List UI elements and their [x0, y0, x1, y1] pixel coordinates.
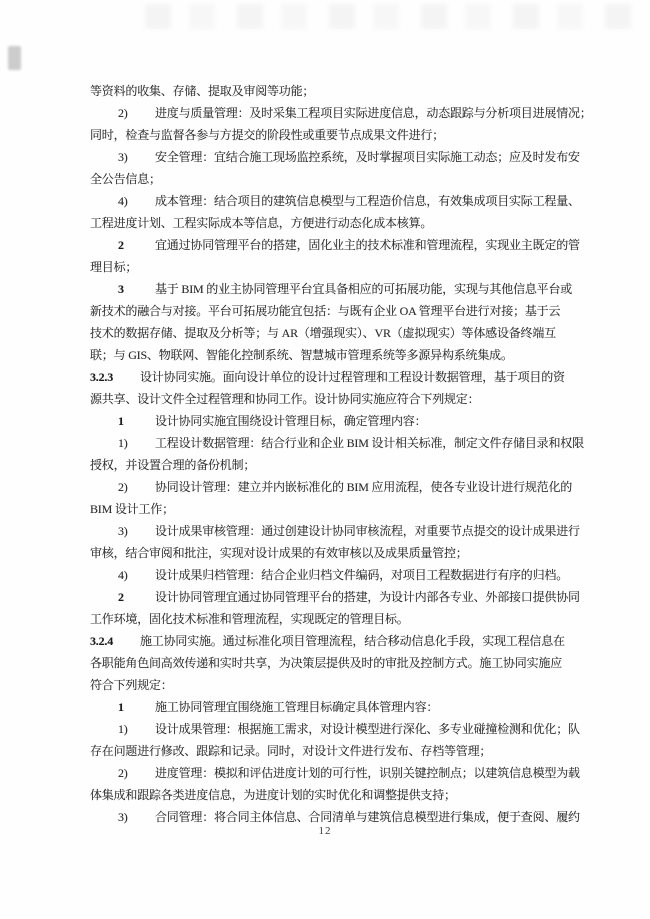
text-line: 联；与 GIS、物联网、智能化控制系统、智慧城市管理系统等多源异构系统集成。: [90, 344, 570, 366]
clause-number: 1): [118, 432, 155, 454]
line-text: 施工协同实施。通过标准化项目管理流程，结合移动信息化手段，实现工程信息在: [140, 634, 565, 648]
document-body: 等资料的收集、存储、提取及审阅等功能；2)进度与质量管理：及时采集工程项目实际进…: [90, 80, 570, 828]
section-number: 3.2.3: [90, 366, 140, 388]
clause-number: 3: [118, 278, 155, 300]
line-text: 设计协同实施宜围绕设计管理目标，确定管理内容：: [155, 414, 426, 428]
text-line: 2)进度管理：模拟和评估进度计划的可行性，识别关键控制点；以建筑信息模型为载: [118, 762, 570, 784]
page-number: 12: [0, 825, 650, 837]
clause-number: 2): [118, 476, 155, 498]
text-line: 3)安全管理：宜结合施工现场监控系统，及时掌握项目实际施工动态；应及时发布安: [118, 146, 570, 168]
line-text: 设计成果归档管理：结合企业归档文件编码，对项目工程数据进行有序的归档。: [155, 568, 568, 582]
line-text: 各职能角色间高效传递和实时共享，为决策层提供及时的审批及控制方式。施工协同实施应: [90, 656, 562, 670]
text-line: 工程进度计划、工程实际成本等信息，方便进行动态化成本核算。: [90, 212, 570, 234]
text-line: 技术的数据存储、提取及分析等；与 AR（增强现实）、VR（虚拟现实）等体感设备终…: [90, 322, 570, 344]
line-text: 协同设计管理：建立并内嵌标准化的 BIM 应用流程，使各专业设计进行规范化的: [155, 480, 572, 494]
line-text: 合同管理：将合同主体信息、合同清单与建筑信息模型进行集成，便于查阅、履约: [155, 810, 580, 824]
text-line: 工作环境，固化技术标准和管理流程，实现既定的管理目标。: [90, 608, 570, 630]
clause-number: 3): [118, 146, 155, 168]
text-line: 同时，检查与监督各参与方提交的阶段性或重要节点成果文件进行；: [90, 124, 570, 146]
line-text: 成本管理：结合项目的建筑信息模型与工程造价信息，有效集成项目实际工程量、: [155, 194, 580, 208]
line-text: 存在问题进行修改、跟踪和记录。同时，对设计文件进行发布、存档等管理；: [90, 744, 491, 758]
text-line: 2宜通过协同管理平台的搭建，固化业主的技术标准和管理流程，实现业主既定的管: [118, 234, 570, 256]
line-text: BIM 设计工作；: [90, 502, 174, 516]
line-text: 符合下列规定：: [90, 678, 173, 692]
text-line: 1)设计成果管理：根据施工需求，对设计模型进行深化、多专业碰撞检测和优化；队: [118, 718, 570, 740]
line-text: 技术的数据存储、提取及分析等；与 AR（增强现实）、VR（虚拟现实）等体感设备终…: [90, 326, 556, 340]
text-line: 审核，结合审阅和批注，实现对设计成果的有效审核以及成果质量管控；: [90, 542, 570, 564]
line-text: 联；与 GIS、物联网、智能化控制系统、智慧城市管理系统等多源异构系统集成。: [90, 348, 513, 362]
text-line: 2)进度与质量管理：及时采集工程项目实际进度信息，动态跟踪与分析项目进展情况；: [118, 102, 570, 124]
clause-number: 3): [118, 520, 155, 542]
line-text: 设计协同实施。面向设计单位的设计过程管理和工程设计数据管理，基于项目的资: [140, 370, 565, 384]
clause-number: 2: [118, 234, 155, 256]
text-line: 3.2.4施工协同实施。通过标准化项目管理流程，结合移动信息化手段，实现工程信息…: [90, 630, 570, 652]
line-text: 理目标；: [90, 260, 137, 274]
text-line: 存在问题进行修改、跟踪和记录。同时，对设计文件进行发布、存档等管理；: [90, 740, 570, 762]
text-line: 4)成本管理：结合项目的建筑信息模型与工程造价信息，有效集成项目实际工程量、: [118, 190, 570, 212]
clause-number: 1: [118, 696, 155, 718]
line-text: 工程设计数据管理：结合行业和企业 BIM 设计相关标准，制定文件存储目录和权限: [155, 436, 584, 450]
line-text: 工作环境，固化技术标准和管理流程，实现既定的管理目标。: [90, 612, 409, 626]
scan-bleed-artifact: [145, 4, 650, 29]
clause-number: 4): [118, 564, 155, 586]
line-text: 工程进度计划、工程实际成本等信息，方便进行动态化成本核算。: [90, 216, 432, 230]
text-line: 2设计协同管理宜通过协同管理平台的搭建，为设计内部各专业、外部接口提供协同: [118, 586, 570, 608]
line-text: 授权，并设置合理的备份机制；: [90, 458, 255, 472]
clause-number: 2): [118, 102, 155, 124]
line-text: 全公告信息；: [90, 172, 161, 186]
line-text: 进度管理：模拟和评估进度计划的可行性，识别关键控制点；以建筑信息模型为载: [155, 766, 580, 780]
line-text: 设计成果管理：根据施工需求，对设计模型进行深化、多专业碰撞检测和优化；队: [155, 722, 580, 736]
text-line: 理目标；: [90, 256, 570, 278]
line-text: 基于 BIM 的业主协同管理平台宜具备相应的可拓展功能，实现与其他信息平台或: [155, 282, 572, 296]
text-line: 3基于 BIM 的业主协同管理平台宜具备相应的可拓展功能，实现与其他信息平台或: [118, 278, 570, 300]
line-text: 安全管理：宜结合施工现场监控系统，及时掌握项目实际施工动态；应及时发布安: [155, 150, 580, 164]
text-line: 3.2.3设计协同实施。面向设计单位的设计过程管理和工程设计数据管理，基于项目的…: [90, 366, 570, 388]
text-line: 符合下列规定：: [90, 674, 570, 696]
text-line: 4)设计成果归档管理：结合企业归档文件编码，对项目工程数据进行有序的归档。: [118, 564, 570, 586]
line-text: 施工协同管理宜围绕施工管理目标确定具体管理内容：: [155, 700, 438, 714]
clause-number: 2): [118, 762, 155, 784]
line-text: 体集成和跟踪各类进度信息，为进度计划的实时优化和调整提供支持；: [90, 788, 456, 802]
line-text: 宜通过协同管理平台的搭建，固化业主的技术标准和管理流程，实现业主既定的管: [155, 238, 580, 252]
clause-number: 2: [118, 586, 155, 608]
text-line: 各职能角色间高效传递和实时共享，为决策层提供及时的审批及控制方式。施工协同实施应: [90, 652, 570, 674]
text-line: 1施工协同管理宜围绕施工管理目标确定具体管理内容：: [118, 696, 570, 718]
line-text: 审核，结合审阅和批注，实现对设计成果的有效审核以及成果质量管控；: [90, 546, 468, 560]
line-text: 同时，检查与监督各参与方提交的阶段性或重要节点成果文件进行；: [90, 128, 444, 142]
text-line: 新技术的融合与对接。平台可拓展功能宜包括：与既有企业 OA 管理平台进行对接；基…: [90, 300, 570, 322]
text-line: 授权，并设置合理的备份机制；: [90, 454, 570, 476]
line-text: 设计成果审核管理：通过创建设计协同审核流程，对重要节点提交的设计成果进行: [155, 524, 580, 538]
text-line: 体集成和跟踪各类进度信息，为进度计划的实时优化和调整提供支持；: [90, 784, 570, 806]
text-line: 3)设计成果审核管理：通过创建设计协同审核流程，对重要节点提交的设计成果进行: [118, 520, 570, 542]
text-line: 1)工程设计数据管理：结合行业和企业 BIM 设计相关标准，制定文件存储目录和权…: [118, 432, 570, 454]
text-line: 全公告信息；: [90, 168, 570, 190]
line-text: 等资料的收集、存储、提取及审阅等功能；: [90, 84, 314, 98]
text-line: 源共享、设计文件全过程管理和协同工作。设计协同实施应符合下列规定：: [90, 388, 570, 410]
clause-number: 1): [118, 718, 155, 740]
document-page: 等资料的收集、存储、提取及审阅等功能；2)进度与质量管理：及时采集工程项目实际进…: [0, 0, 650, 919]
line-text: 进度与质量管理：及时采集工程项目实际进度信息，动态跟踪与分析项目进展情况；: [155, 106, 592, 120]
text-line: 等资料的收集、存储、提取及审阅等功能；: [90, 80, 570, 102]
line-text: 设计协同管理宜通过协同管理平台的搭建，为设计内部各专业、外部接口提供协同: [155, 590, 580, 604]
text-line: 1设计协同实施宜围绕设计管理目标，确定管理内容：: [118, 410, 570, 432]
text-line: 2)协同设计管理：建立并内嵌标准化的 BIM 应用流程，使各专业设计进行规范化的: [118, 476, 570, 498]
line-text: 源共享、设计文件全过程管理和协同工作。设计协同实施应符合下列规定：: [90, 392, 479, 406]
line-text: 新技术的融合与对接。平台可拓展功能宜包括：与既有企业 OA 管理平台进行对接；基…: [90, 304, 560, 318]
text-line: BIM 设计工作；: [90, 498, 570, 520]
clause-number: 1: [118, 410, 155, 432]
section-number: 3.2.4: [90, 630, 140, 652]
clause-number: 4): [118, 190, 155, 212]
scan-smudge-artifact: [8, 46, 21, 70]
